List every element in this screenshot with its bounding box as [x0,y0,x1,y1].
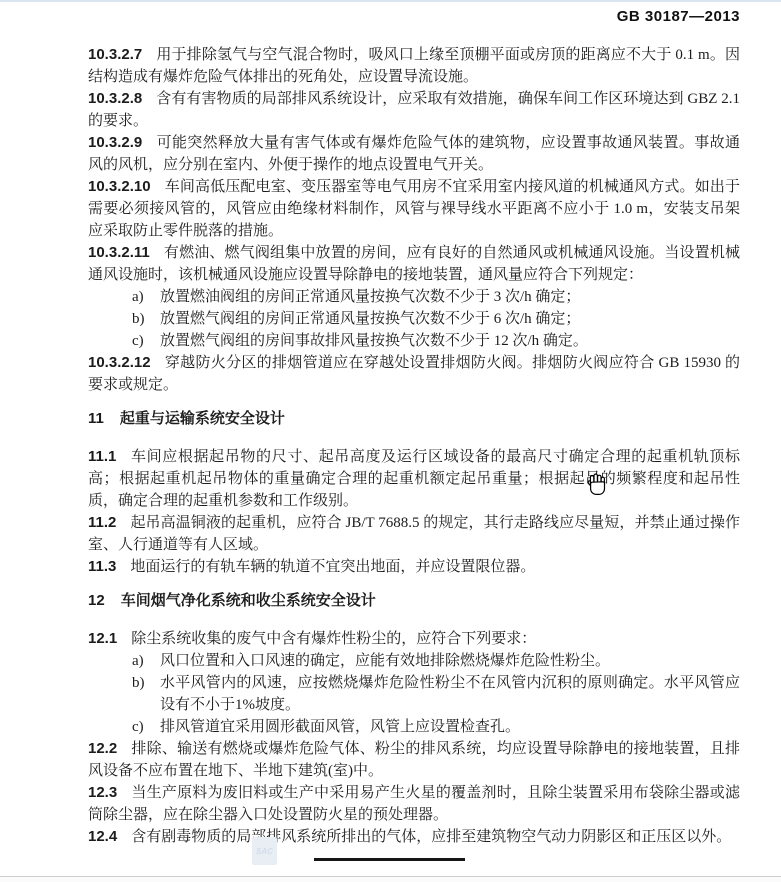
clause-paragraph: 12.2排除、输送有燃烧或爆炸危险气体、粉尘的排风系统，均应设置导除静电的接地装… [88,738,740,782]
clause-paragraph: 10.3.2.8含有有害物质的局部排风系统设计，应采取有效措施，确保车间工作区环… [88,88,740,132]
sac-watermark: SAC [252,837,277,865]
list-item: b)放置燃气阀组的房间正常通风量按换气次数不少于 6 次/h 确定； [132,308,740,330]
footer-rule [314,858,465,861]
heading-text: 起重与运输系统安全设计 [120,410,285,427]
heading-number: 12 [88,592,121,609]
list-item-marker: a) [132,286,160,308]
document-page: GB 30187—2013 10.3.2.7用于排除氢气与空气混合物时，吸风口上… [0,0,781,882]
list-item-marker: b) [132,308,160,330]
clause-text: 排除、输送有燃烧或爆炸危险气体、粉尘的排风系统，均应设置导除静电的接地装置，且排… [88,741,740,779]
clause-paragraph: 10.3.2.7用于排除氢气与空气混合物时，吸风口上缘至顶棚平面或房顶的距离应不… [88,44,740,88]
clause-number: 12.4 [88,828,131,845]
clause-paragraph: 10.3.2.10车间高低压配电室、变压器室等电气用房不宜采用室内接风道的机械通… [88,176,740,242]
clause-text: 除尘系统收集的废气中含有爆炸性粉尘的，应符合下列要求： [131,631,536,647]
clause-paragraph: 11.2起吊高温铜液的起重机，应符合 JB/T 7688.5 的规定，其行走路线… [88,512,740,556]
clause-number: 12.2 [88,740,131,757]
clause-text: 地面运行的有轨车辆的轨道不宜突出地面，并应设置限位器。 [130,559,535,575]
clause-number: 10.3.2.10 [88,178,165,195]
clause-paragraph: 12.1除尘系统收集的废气中含有爆炸性粉尘的，应符合下列要求： [88,628,740,650]
clause-text: 起吊高温铜液的起重机，应符合 JB/T 7688.5 的规定，其行走路线应尽量短… [88,515,740,553]
page-bottom-edge [0,876,781,882]
clause-number: 12.1 [88,630,131,647]
clause-text: 穿越防火分区的排烟管道应在穿越处设置排烟防火阀。排烟防火阀应符合 GB 1593… [88,355,740,393]
list-item-marker: c) [132,330,160,352]
clause-number: 10.3.2.8 [88,90,156,107]
clause-number: 10.3.2.9 [88,134,156,151]
clause-text: 车间高低压配电室、变压器室等电气用房不宜采用室内接风道的机械通风方式。如出于需要… [88,179,740,239]
clause-text: 用于排除氢气与空气混合物时，吸风口上缘至顶棚平面或房顶的距离应不大于 0.1 m… [88,47,740,85]
list-item-marker: a) [132,650,160,672]
list-item-text: 放置燃油阀组的房间正常通风量按换气次数不少于 3 次/h 确定； [160,286,740,308]
clause-number: 11.3 [88,558,130,575]
clause-text: 车间应根据起吊物的尺寸、起吊高度及运行区域设备的最高尺寸确定合理的起重机轨顶标高… [88,449,740,509]
clause-paragraph: 12.3当生产原料为废旧料或生产中采用易产生火星的覆盖剂时，且除尘装置采用布袋除… [88,782,740,826]
list-item-text: 水平风管内的风速，应按燃烧爆炸危险性粉尘不在风管内沉积的原则确定。水平风管应设有… [160,672,740,716]
clause-text: 当生产原料为废旧料或生产中采用易产生火星的覆盖剂时，且除尘装置采用布袋除尘器或滤… [88,785,740,823]
section-heading: 11起重与运输系统安全设计 [88,408,740,430]
clause-text: 有燃油、燃气阀组集中放置的房间，应有良好的自然通风或机械通风设施。当设置机械通风… [88,245,740,283]
page-top-edge [0,0,781,2]
clause-text: 可能突然释放大量有害气体或有爆炸危险气体的建筑物，应设置事故通风装置。事故通风的… [88,135,740,173]
clause-paragraph: 10.3.2.11有燃油、燃气阀组集中放置的房间，应有良好的自然通风或机械通风设… [88,242,740,286]
clause-text: 含有有害物质的局部排风系统设计，应采取有效措施，确保车间工作区环境达到 GBZ … [88,91,740,129]
clause-number: 11.1 [88,448,130,465]
clause-number: 12.3 [88,784,131,801]
list-item: a)风口位置和入口风速的确定，应能有效地排除燃烧爆炸危险性粉尘。 [132,650,740,672]
list-item-marker: c) [132,716,160,738]
clause-text: 含有剧毒物质的局部排风系统所排出的气体，应排至建筑物空气动力阴影区和正压区以外。 [131,829,731,845]
section-heading: 12车间烟气净化系统和收尘系统安全设计 [88,590,740,612]
list-item-marker: b) [132,672,160,716]
heading-text: 车间烟气净化系统和收尘系统安全设计 [121,592,376,609]
list-item: c)排风管道宜采用圆形截面风管，风管上应设置检查孔。 [132,716,740,738]
list-item: b)水平风管内的风速，应按燃烧爆炸危险性粉尘不在风管内沉积的原则确定。水平风管应… [132,672,740,716]
clause-paragraph: 12.4含有剧毒物质的局部排风系统所排出的气体，应排至建筑物空气动力阴影区和正压… [88,826,740,848]
list-item-text: 放置燃气阀组的房间事故排风量按换气次数不少于 12 次/h 确定。 [160,330,740,352]
list-item-text: 排风管道宜采用圆形截面风管，风管上应设置检查孔。 [160,716,740,738]
clause-paragraph: 10.3.2.9可能突然释放大量有害气体或有爆炸危险气体的建筑物，应设置事故通风… [88,132,740,176]
clause-number: 10.3.2.11 [88,244,164,261]
heading-number: 11 [88,410,120,427]
clause-paragraph: 10.3.2.12穿越防火分区的排烟管道应在穿越处设置排烟防火阀。排烟防火阀应符… [88,352,740,396]
clause-paragraph: 11.1车间应根据起吊物的尺寸、起吊高度及运行区域设备的最高尺寸确定合理的起重机… [88,446,740,512]
document-body: 10.3.2.7用于排除氢气与空气混合物时，吸风口上缘至顶棚平面或房顶的距离应不… [88,44,740,848]
list-item-text: 放置燃气阀组的房间正常通风量按换气次数不少于 6 次/h 确定； [160,308,740,330]
list-item-text: 风口位置和入口风速的确定，应能有效地排除燃烧爆炸危险性粉尘。 [160,650,740,672]
clause-number: 11.2 [88,514,130,531]
standard-number-header: GB 30187—2013 [88,8,740,25]
clause-number: 10.3.2.7 [88,46,156,63]
clause-number: 10.3.2.12 [88,354,165,371]
list-item: c)放置燃气阀组的房间事故排风量按换气次数不少于 12 次/h 确定。 [132,330,740,352]
clause-paragraph: 11.3地面运行的有轨车辆的轨道不宜突出地面，并应设置限位器。 [88,556,740,578]
list-item: a)放置燃油阀组的房间正常通风量按换气次数不少于 3 次/h 确定； [132,286,740,308]
